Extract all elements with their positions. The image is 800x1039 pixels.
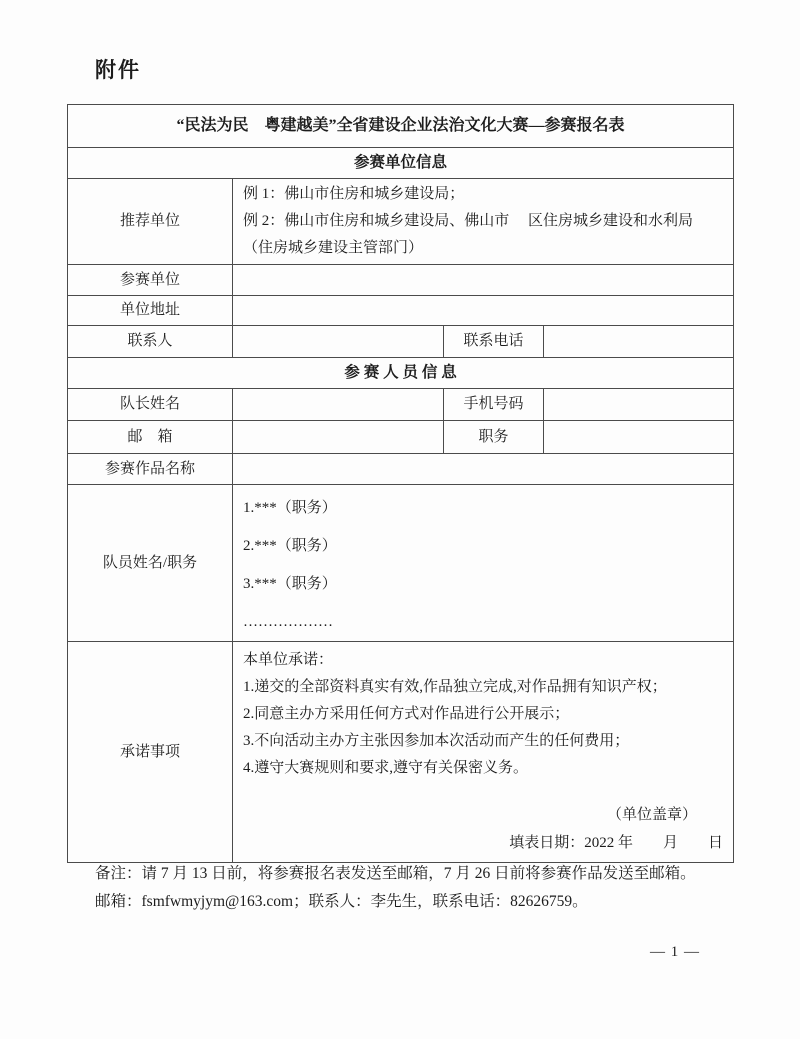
document-page: 附件 “民法为民 粤建越美”全省建设企业法治文化大赛—参赛报名表 参赛单位信息 … xyxy=(0,0,800,1039)
contact-person-input-cell[interactable] xyxy=(233,326,444,358)
contact-phone-input-cell[interactable] xyxy=(544,326,734,358)
members-label: 队员姓名/职务 xyxy=(68,485,233,642)
contact-person-label: 联系人 xyxy=(68,326,233,358)
note-line-2: 邮箱：fsmfwmyjym@163.com；联系人：李先生，联系电话：82626… xyxy=(95,888,740,916)
contact-phone-label: 联系电话 xyxy=(444,326,544,358)
recommend-example-3: （住房城乡建设主管部门） xyxy=(243,235,725,262)
footer-notes: 备注：请 7 月 13 日前，将参赛报名表发送至邮箱，7 月 26 日前将参赛作… xyxy=(95,860,740,916)
contest-unit-label: 参赛单位 xyxy=(68,265,233,296)
section-unit-info: 参赛单位信息 xyxy=(68,148,734,179)
registration-form-table: “民法为民 粤建越美”全省建设企业法治文化大赛—参赛报名表 参赛单位信息 推荐单… xyxy=(67,104,734,863)
email-label: 邮 箱 xyxy=(68,421,233,454)
recommend-unit-examples: 例 1：佛山市住房和城乡建设局； 例 2：佛山市住房和城乡建设局、佛山市 区住房… xyxy=(233,179,734,265)
commitment-item-4: 4.遵守大赛规则和要求,遵守有关保密义务。 xyxy=(243,755,725,782)
work-title-input-cell[interactable] xyxy=(233,454,734,485)
leader-name-label: 队长姓名 xyxy=(68,389,233,421)
recommend-unit-label: 推荐单位 xyxy=(68,179,233,265)
email-input-cell[interactable] xyxy=(233,421,444,454)
note-line-1: 备注：请 7 月 13 日前，将参赛报名表发送至邮箱，7 月 26 日前将参赛作… xyxy=(95,860,740,888)
commitment-item-1: 1.递交的全部资料真实有效,作品独立完成,对作品拥有知识产权； xyxy=(243,674,725,701)
recommend-example-1: 例 1：佛山市住房和城乡建设局； xyxy=(243,181,725,208)
commitment-item-3: 3.不向活动主办方主张因参加本次活动而产生的任何费用； xyxy=(243,728,725,755)
mobile-number-input-cell[interactable] xyxy=(544,389,734,421)
commitment-content-cell: 本单位承诺： 1.递交的全部资料真实有效,作品独立完成,对作品拥有知识产权； 2… xyxy=(233,642,734,863)
member-line-1: 1.***（职务） xyxy=(243,489,725,527)
commitment-label: 承诺事项 xyxy=(68,642,233,863)
members-list-cell: 1.***（职务） 2.***（职务） 3.***（职务） ……………… xyxy=(233,485,734,642)
member-line-3: 3.***（职务） xyxy=(243,565,725,603)
page-number: — 1 — xyxy=(650,944,700,961)
commitment-item-2: 2.同意主办方采用任何方式对作品进行公开展示； xyxy=(243,701,725,728)
member-line-2: 2.***（职务） xyxy=(243,527,725,565)
position-label: 职务 xyxy=(444,421,544,454)
fill-date-line: 填表日期：2022 年 月 日 xyxy=(243,829,725,859)
position-input-cell[interactable] xyxy=(544,421,734,454)
member-line-more: ……………… xyxy=(243,603,725,641)
contest-unit-input-cell[interactable] xyxy=(233,265,734,296)
leader-name-input-cell[interactable] xyxy=(233,389,444,421)
section-person-info: 参 赛 人 员 信 息 xyxy=(68,358,734,389)
recommend-example-2: 例 2：佛山市住房和城乡建设局、佛山市 区住房城乡建设和水利局 xyxy=(243,208,725,235)
work-title-label: 参赛作品名称 xyxy=(68,454,233,485)
attachment-label: 附件 xyxy=(95,54,141,84)
unit-address-label: 单位地址 xyxy=(68,296,233,326)
form-title: “民法为民 粤建越美”全省建设企业法治文化大赛—参赛报名表 xyxy=(68,105,734,148)
unit-address-input-cell[interactable] xyxy=(233,296,734,326)
commitment-intro: 本单位承诺： xyxy=(243,647,725,674)
mobile-number-label: 手机号码 xyxy=(444,389,544,421)
unit-stamp-note: （单位盖章） xyxy=(243,801,725,829)
